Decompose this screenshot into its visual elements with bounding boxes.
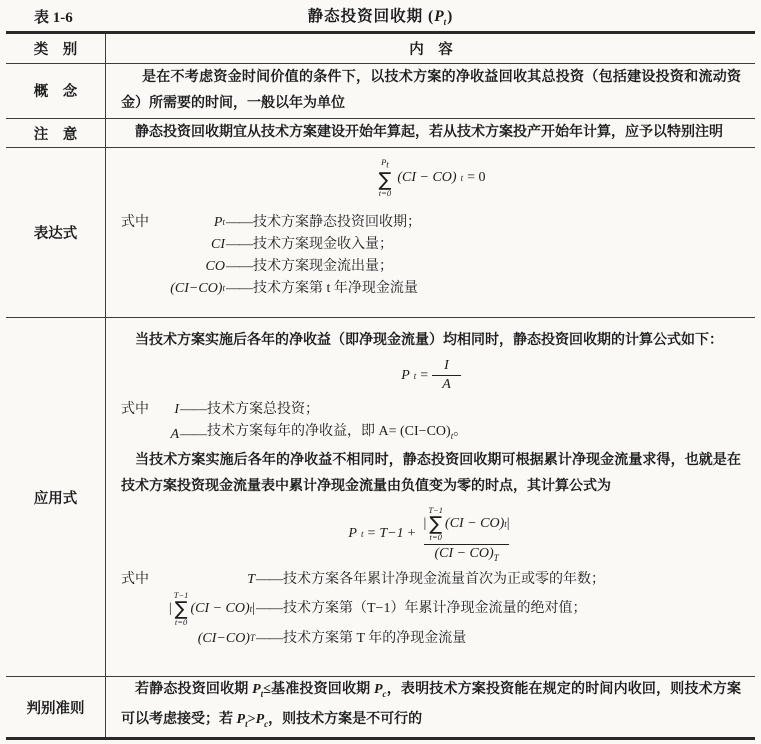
concept-text: 是在不考虑资金时间价值的条件下，以技术方案的净收益回收其总投资（包括建设投资和流… xyxy=(121,65,741,117)
where-label: 式中 xyxy=(121,212,167,233)
table-row-note: 注 意 静态投资回收期宜从技术方案建设开始年算起，若从技术方案投产开始年计算，应… xyxy=(6,119,755,149)
sum-symbol: T−1 ∑ t=0 xyxy=(428,506,443,543)
note-text: 静态投资回收期宜从技术方案建设开始年算起，若从技术方案投产开始年计算，应予以特别… xyxy=(121,120,723,146)
table-number: 表 1-6 xyxy=(34,6,73,27)
where-item-cumulative-sum: | T−1 ∑ t=0 (CI − CO)t | —— 技术方案第（T−1）年累… xyxy=(121,591,741,628)
where-item-CI: CI —— 技术方案现金收入量； xyxy=(121,234,741,255)
application-label: 应用式 xyxy=(6,318,106,676)
where-label: 式中 xyxy=(121,399,167,420)
where-item-T: 式中 T —— 技术方案各年累计净现金流量首次为正或零的年数； xyxy=(121,569,741,590)
table-title-bar: 表 1-6 静态投资回收期 (Pt) xyxy=(0,0,761,31)
sum-symbol: Pt ∑ t=0 xyxy=(379,158,392,198)
table-title: 静态投资回收期 (Pt) xyxy=(308,4,454,27)
table-row-concept: 概 念 是在不考虑资金时间价值的条件下，以技术方案的净收益回收其总投资（包括建设… xyxy=(6,64,755,119)
expression-content: Pt ∑ t=0 (CI − CO)t = 0 式中 Pt —— 技术方案静态投… xyxy=(106,148,755,317)
expression-formula: Pt ∑ t=0 (CI − CO)t = 0 xyxy=(121,158,741,198)
where-item-netflow: (CI−CO)t —— 技术方案第 t 年净现金流量 xyxy=(121,278,741,299)
header-content: 内 容 xyxy=(106,34,755,63)
application-formula-1: Pt = I A xyxy=(121,358,741,393)
sum-symbol: T−1 ∑ t=0 xyxy=(174,591,189,628)
expression-label: 表达式 xyxy=(6,148,106,317)
application-content: 当技术方案实施后各年的净收益（即净现金流量）均相同时，静态投资回收期的计算公式如… xyxy=(106,318,755,676)
payback-period-table: 类 别 内 容 概 念 是在不考虑资金时间价值的条件下，以技术方案的净收益回收其… xyxy=(6,31,755,740)
application-paragraph-2: 当技术方案实施后各年的净收益不相同时，静态投资回收期可根据累计净现金流量求得，也… xyxy=(121,448,741,500)
scanned-textbook-page: 表 1-6 静态投资回收期 (Pt) 类 别 内 容 概 念 是在不考虑资金时间… xyxy=(0,0,761,744)
criterion-content: 若静态投资回收期 Pt≤基准投资回收期 Pc，表明技术方案投资能在规定的时间内收… xyxy=(106,677,755,737)
where-item-CO: CO —— 技术方案现金流出量； xyxy=(121,256,741,277)
table-row-criterion: 判别准则 若静态投资回收期 Pt≤基准投资回收期 Pc，表明技术方案投资能在规定… xyxy=(6,677,755,737)
header-category: 类 别 xyxy=(6,34,106,63)
note-label: 注 意 xyxy=(6,119,106,148)
application-formula-2: Pt = T−1 + | T−1 ∑ t=0 (CI − CO)t xyxy=(121,506,741,563)
table-row-application: 应用式 当技术方案实施后各年的净收益（即净现金流量）均相同时，静态投资回收期的计… xyxy=(6,318,755,677)
criterion-label: 判别准则 xyxy=(6,677,106,737)
where-item-flow-T: (CI−CO)T —— 技术方案第 T 年的净现金流量 xyxy=(121,628,741,649)
note-content: 静态投资回收期宜从技术方案建设开始年算起，若从技术方案投产开始年计算，应予以特别… xyxy=(106,119,755,148)
criterion-text: 若静态投资回收期 Pt≤基准投资回收期 Pc，表明技术方案投资能在规定的时间内收… xyxy=(121,677,741,737)
table-row-expression: 表达式 Pt ∑ t=0 (CI − CO)t = 0 式中 Pt —— 技术方… xyxy=(6,148,755,318)
concept-label: 概 念 xyxy=(6,64,106,118)
where-item-A: A —— 技术方案每年的净收益，即 A= (CI−CO)t。 xyxy=(121,421,741,447)
concept-content: 是在不考虑资金时间价值的条件下，以技术方案的净收益回收其总投资（包括建设投资和流… xyxy=(106,64,755,118)
where-item-Pt: 式中 Pt —— 技术方案静态投资回收期； xyxy=(121,212,741,233)
where-label: 式中 xyxy=(121,569,167,590)
application-paragraph-1: 当技术方案实施后各年的净收益（即净现金流量）均相同时，静态投资回收期的计算公式如… xyxy=(121,328,741,354)
where-item-I: 式中 I —— 技术方案总投资； xyxy=(121,399,741,420)
table-row-header: 类 别 内 容 xyxy=(6,34,755,64)
